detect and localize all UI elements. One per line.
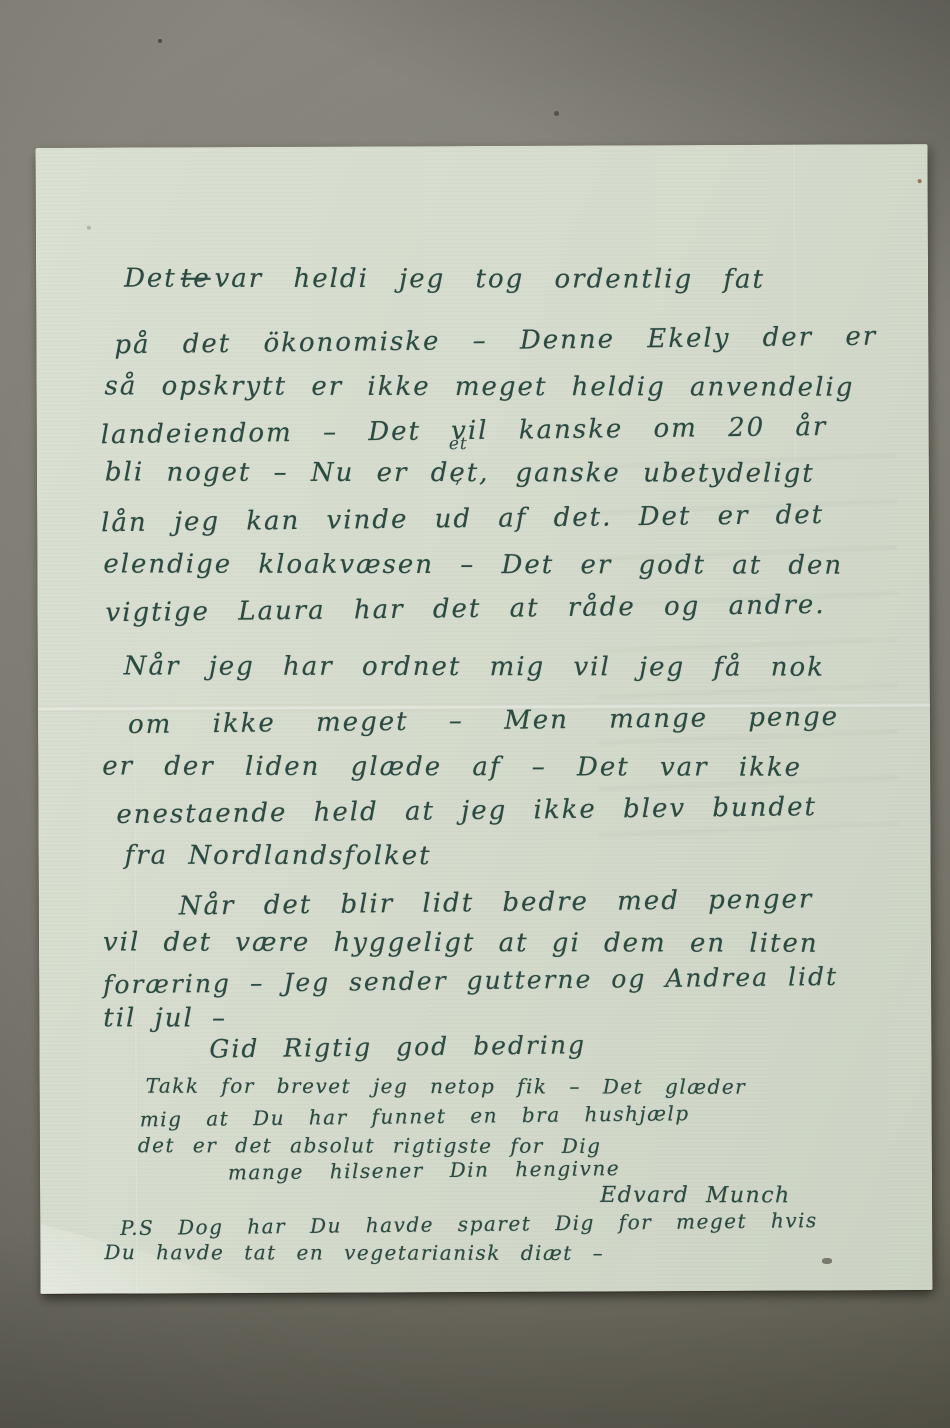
letter-line-16: foræring – Jeg sender gutterne og Andrea… <box>103 962 838 999</box>
letter-line-14: Når det blir lidt bedre med penger <box>179 884 814 921</box>
backdrop-speck <box>158 39 162 43</box>
inserted-word-above-line: et <box>449 434 468 454</box>
line-1-text: var heldi jeg tog ordentlig fat <box>215 264 765 295</box>
letter-line-7: elendige kloakvæsen – Det er godt at den <box>103 549 843 580</box>
vertical-fold-crease-lower <box>133 708 139 1294</box>
letter-line-9: Når jeg har ordnet mig vil jeg få nok <box>124 651 825 682</box>
letter-line-21: det er det absolut rigtigste for Dig <box>138 1133 602 1158</box>
line-5-text: bli noget – Nu er det, <box>105 457 490 488</box>
letter-line-11: er der liden glæde af – Det var ikke <box>102 752 802 783</box>
letter-photo: { "document": { "kind": "handwritten-let… <box>0 0 950 1428</box>
paper-speck <box>87 226 91 230</box>
letter-line-22: mange hilsener Din hengivne <box>228 1156 620 1184</box>
paper-speck <box>918 179 922 183</box>
letter-line-3: så opskrytt er ikke meget heldig anvende… <box>105 371 855 402</box>
letter-line-17: til jul – <box>103 1003 227 1033</box>
backdrop-smudge <box>822 1258 832 1264</box>
letter-line-5: bli noget – Nu er det,ganske ubetydeligt <box>105 457 815 488</box>
letter-line-24: P.S Dog har Du havde sparet Dig for mege… <box>120 1208 818 1240</box>
backdrop-speck <box>554 111 559 116</box>
letter-paper: Dettevar heldi jeg tog ordentlig fat på … <box>36 144 933 1294</box>
letter-line-19: Takk for brevet jeg netop fik – Det glæd… <box>146 1074 747 1099</box>
signature: Edvard Munch <box>600 1183 791 1208</box>
letter-line-18: Gid Rigtig god bedring <box>209 1030 586 1063</box>
letter-line-2: på det ökonomiske – Denne Ekely der er <box>114 322 877 361</box>
letter-line-25: Du havde tat en vegetarianisk diæt – <box>104 1240 604 1265</box>
letter-line-15: vil det være hyggeligt at gi dem en lite… <box>103 927 819 958</box>
letter-line-1: Dettevar heldi jeg tog ordentlig fat <box>124 264 765 295</box>
line-5-text: ganske ubetydeligt <box>489 458 814 489</box>
letter-line-20: mig at Du har funnet en bra hushjælp <box>140 1101 690 1131</box>
letter-line-13: fra Nordlandsfolket <box>125 841 432 872</box>
line-1-text: Det <box>124 264 177 294</box>
crossed-out-word: te <box>177 264 215 294</box>
